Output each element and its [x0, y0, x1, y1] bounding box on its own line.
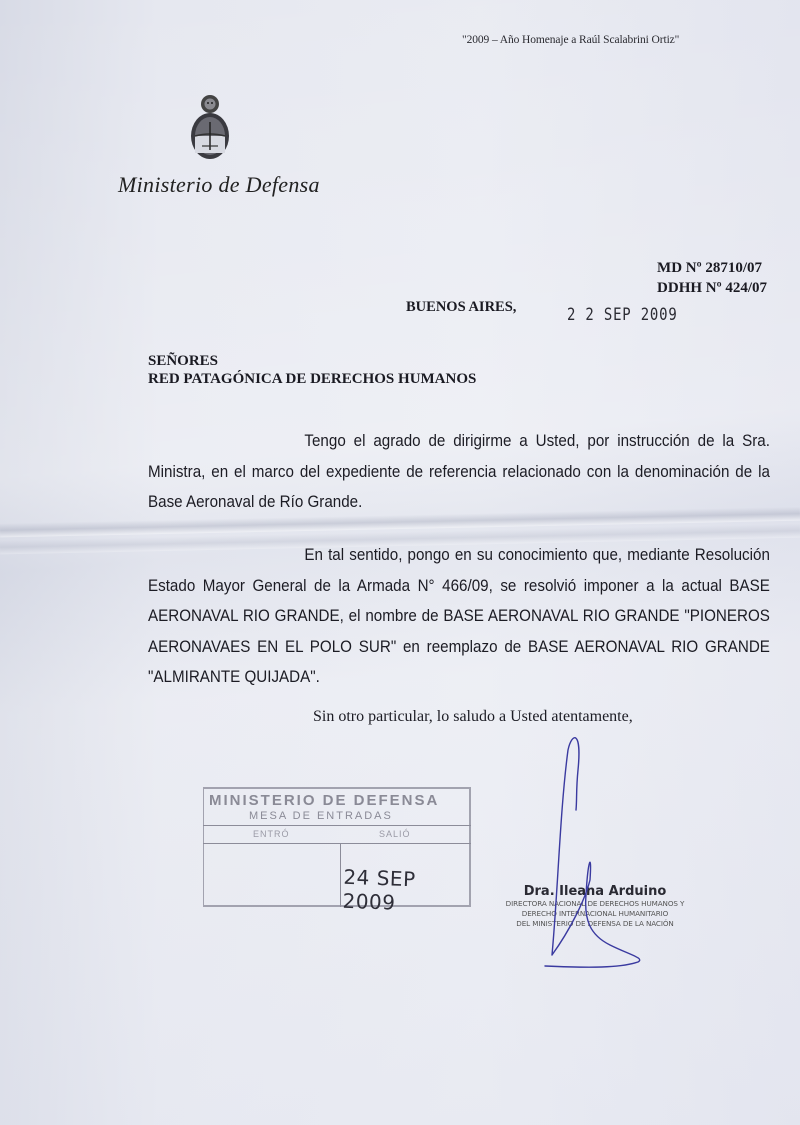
date-stamp: 2 2 SEP 2009 — [567, 305, 678, 325]
reference-numbers: MD Nº 28710/07 DDHH Nº 424/07 — [657, 258, 767, 298]
paragraph-2: En tal sentido, pongo en su conocimiento… — [148, 540, 770, 693]
addressee: SEÑORES RED PATAGÓNICA DE DERECHOS HUMAN… — [148, 352, 476, 388]
stamp-line-2: MESA DE ENTRADAS — [249, 810, 393, 822]
addressee-line-1: SEÑORES — [148, 352, 476, 370]
stamp-column-divider — [340, 843, 341, 907]
stamp-entered-label: ENTRÓ — [253, 829, 290, 839]
stamp-line-1: MINISTERIO DE DEFENSA — [209, 792, 439, 809]
year-motto: "2009 – Año Homenaje a Raúl Scalabrini O… — [462, 34, 679, 46]
stamp-divider — [203, 825, 471, 826]
stamp-exited-label: SALIÓ — [379, 829, 411, 839]
closing-line: Sin otro particular, lo saludo a Usted a… — [313, 708, 633, 726]
paragraph-1-text: Tengo el agrado de dirigirme a Usted, po… — [148, 432, 770, 511]
md-reference: MD Nº 28710/07 — [657, 258, 767, 278]
ministry-name: Ministerio de Defensa — [118, 172, 320, 198]
addressee-line-2: RED PATAGÓNICA DE DERECHOS HUMANOS — [148, 370, 476, 388]
paragraph-1: Tengo el agrado de dirigirme a Usted, po… — [148, 426, 770, 518]
paragraph-2-text: En tal sentido, pongo en su conocimiento… — [148, 546, 770, 686]
ddhh-reference: DDHH Nº 424/07 — [657, 278, 767, 298]
handwritten-signature — [530, 730, 680, 970]
argentina-coat-of-arms-icon — [186, 92, 234, 162]
place: BUENOS AIRES, — [406, 299, 516, 316]
stamp-date: 24 SEP 2009 — [342, 865, 472, 917]
reception-stamp: MINISTERIO DE DEFENSA MESA DE ENTRADAS E… — [203, 787, 471, 907]
stamp-divider — [203, 843, 471, 844]
